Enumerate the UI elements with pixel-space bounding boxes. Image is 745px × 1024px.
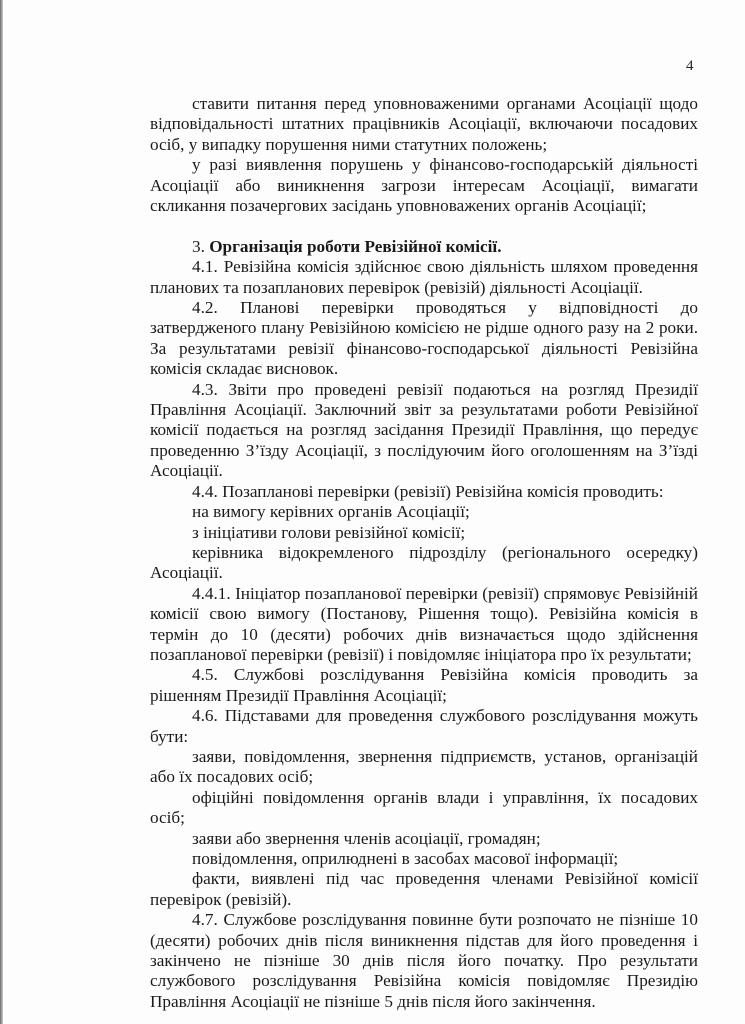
- list-item-statements: заяви, повідомлення, звернення підприємс…: [150, 747, 698, 788]
- paragraph-4-4-1: 4.4.1. Ініціатор позапланової перевірки …: [150, 584, 698, 666]
- list-item-commission-head: з ініціативи голови ревізійної комісії;: [150, 523, 698, 543]
- paragraph-4-5: 4.5. Службові розслідування Ревізійна ко…: [150, 665, 698, 706]
- list-item-branch-head: керівника відокремленого підрозділу (рег…: [150, 543, 698, 584]
- section-number: 3.: [192, 237, 205, 256]
- list-item-member-appeals: заяви або звернення членів асоціації, гр…: [150, 829, 698, 849]
- list-item-governing-bodies: на вимогу керівних органів Асоціації;: [150, 502, 698, 522]
- paragraph-4-1: 4.1. Ревізійна комісія здійснює свою дія…: [150, 257, 698, 298]
- section-heading: 3. Організація роботи Ревізійної комісії…: [150, 237, 698, 257]
- paragraph-4-3: 4.3. Звіти про проведені ревізії подають…: [150, 380, 698, 482]
- list-item-media-reports: повідомлення, оприлюднені в засобах масо…: [150, 849, 698, 869]
- paragraph-4-7: 4.7. Службове розслідування повинне бути…: [150, 910, 698, 1012]
- list-item-official-notices: офіційні повідомлення органів влади і уп…: [150, 788, 698, 829]
- paragraph-4-6: 4.6. Підставами для проведення службовог…: [150, 706, 698, 747]
- paragraph-rights-convene-meetings: у разі виявлення порушень у фінансово-го…: [150, 155, 698, 216]
- section-title: Організація роботи Ревізійної комісії.: [209, 237, 501, 256]
- scan-edge: [0, 0, 3, 1024]
- section-spacer: [150, 216, 698, 236]
- paragraph-4-4: 4.4. Позапланові перевірки (ревізії) Рев…: [150, 482, 698, 502]
- paragraph-4-2: 4.2. Планові перевірки проводяться у від…: [150, 298, 698, 380]
- paragraph-rights-raise-issues: ставити питання перед уповноваженими орг…: [150, 94, 698, 155]
- document-body: ставити питання перед уповноваженими орг…: [150, 94, 698, 1012]
- page-number: 4: [686, 58, 694, 75]
- list-item-audit-findings: факти, виявлені під час проведення члена…: [150, 869, 698, 910]
